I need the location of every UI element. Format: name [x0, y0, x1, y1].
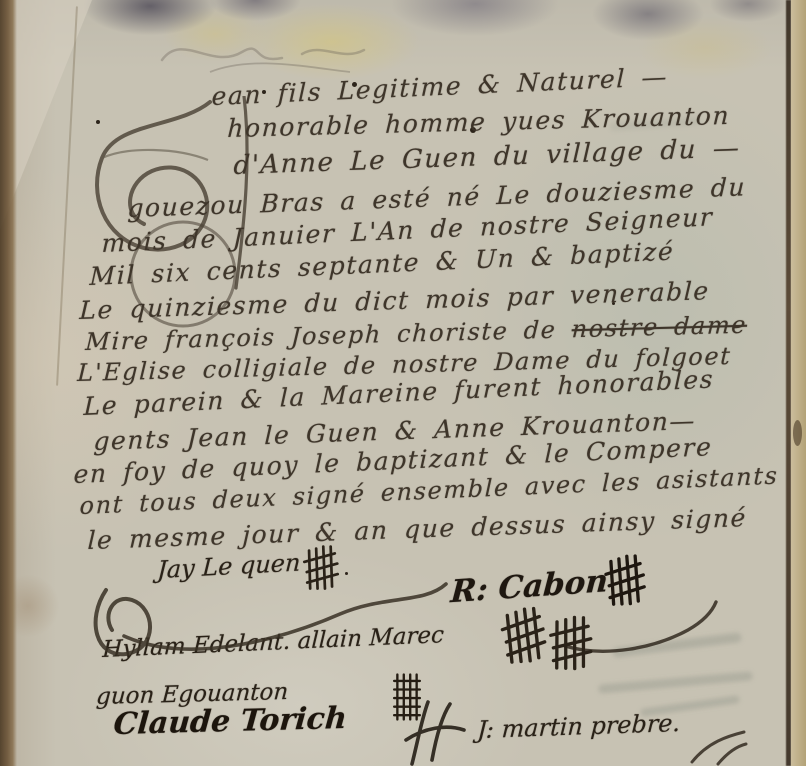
- signature-sweep-flourish: [560, 598, 720, 658]
- signature-martin-prestre: J: martin prebre.: [477, 709, 681, 744]
- manuscript-page: ean fils Legitime & Naturel — honorable …: [0, 0, 806, 766]
- faded-scribble-flourish: [150, 22, 380, 80]
- signature-tall-flourish: [398, 700, 468, 766]
- page-right-edge: [791, 0, 806, 766]
- show-through-smudge: [598, 671, 753, 693]
- struck-through-text: nostre dame: [571, 311, 748, 344]
- edge-stain: [793, 420, 802, 446]
- notary-hatch-mark-icon: [496, 603, 551, 669]
- end-curl-flourish: [688, 728, 748, 766]
- signature-paraph-flourish: [82, 572, 452, 672]
- signature-claude-torich: Claude Torich: [112, 701, 348, 742]
- binding-edge: [0, 0, 17, 766]
